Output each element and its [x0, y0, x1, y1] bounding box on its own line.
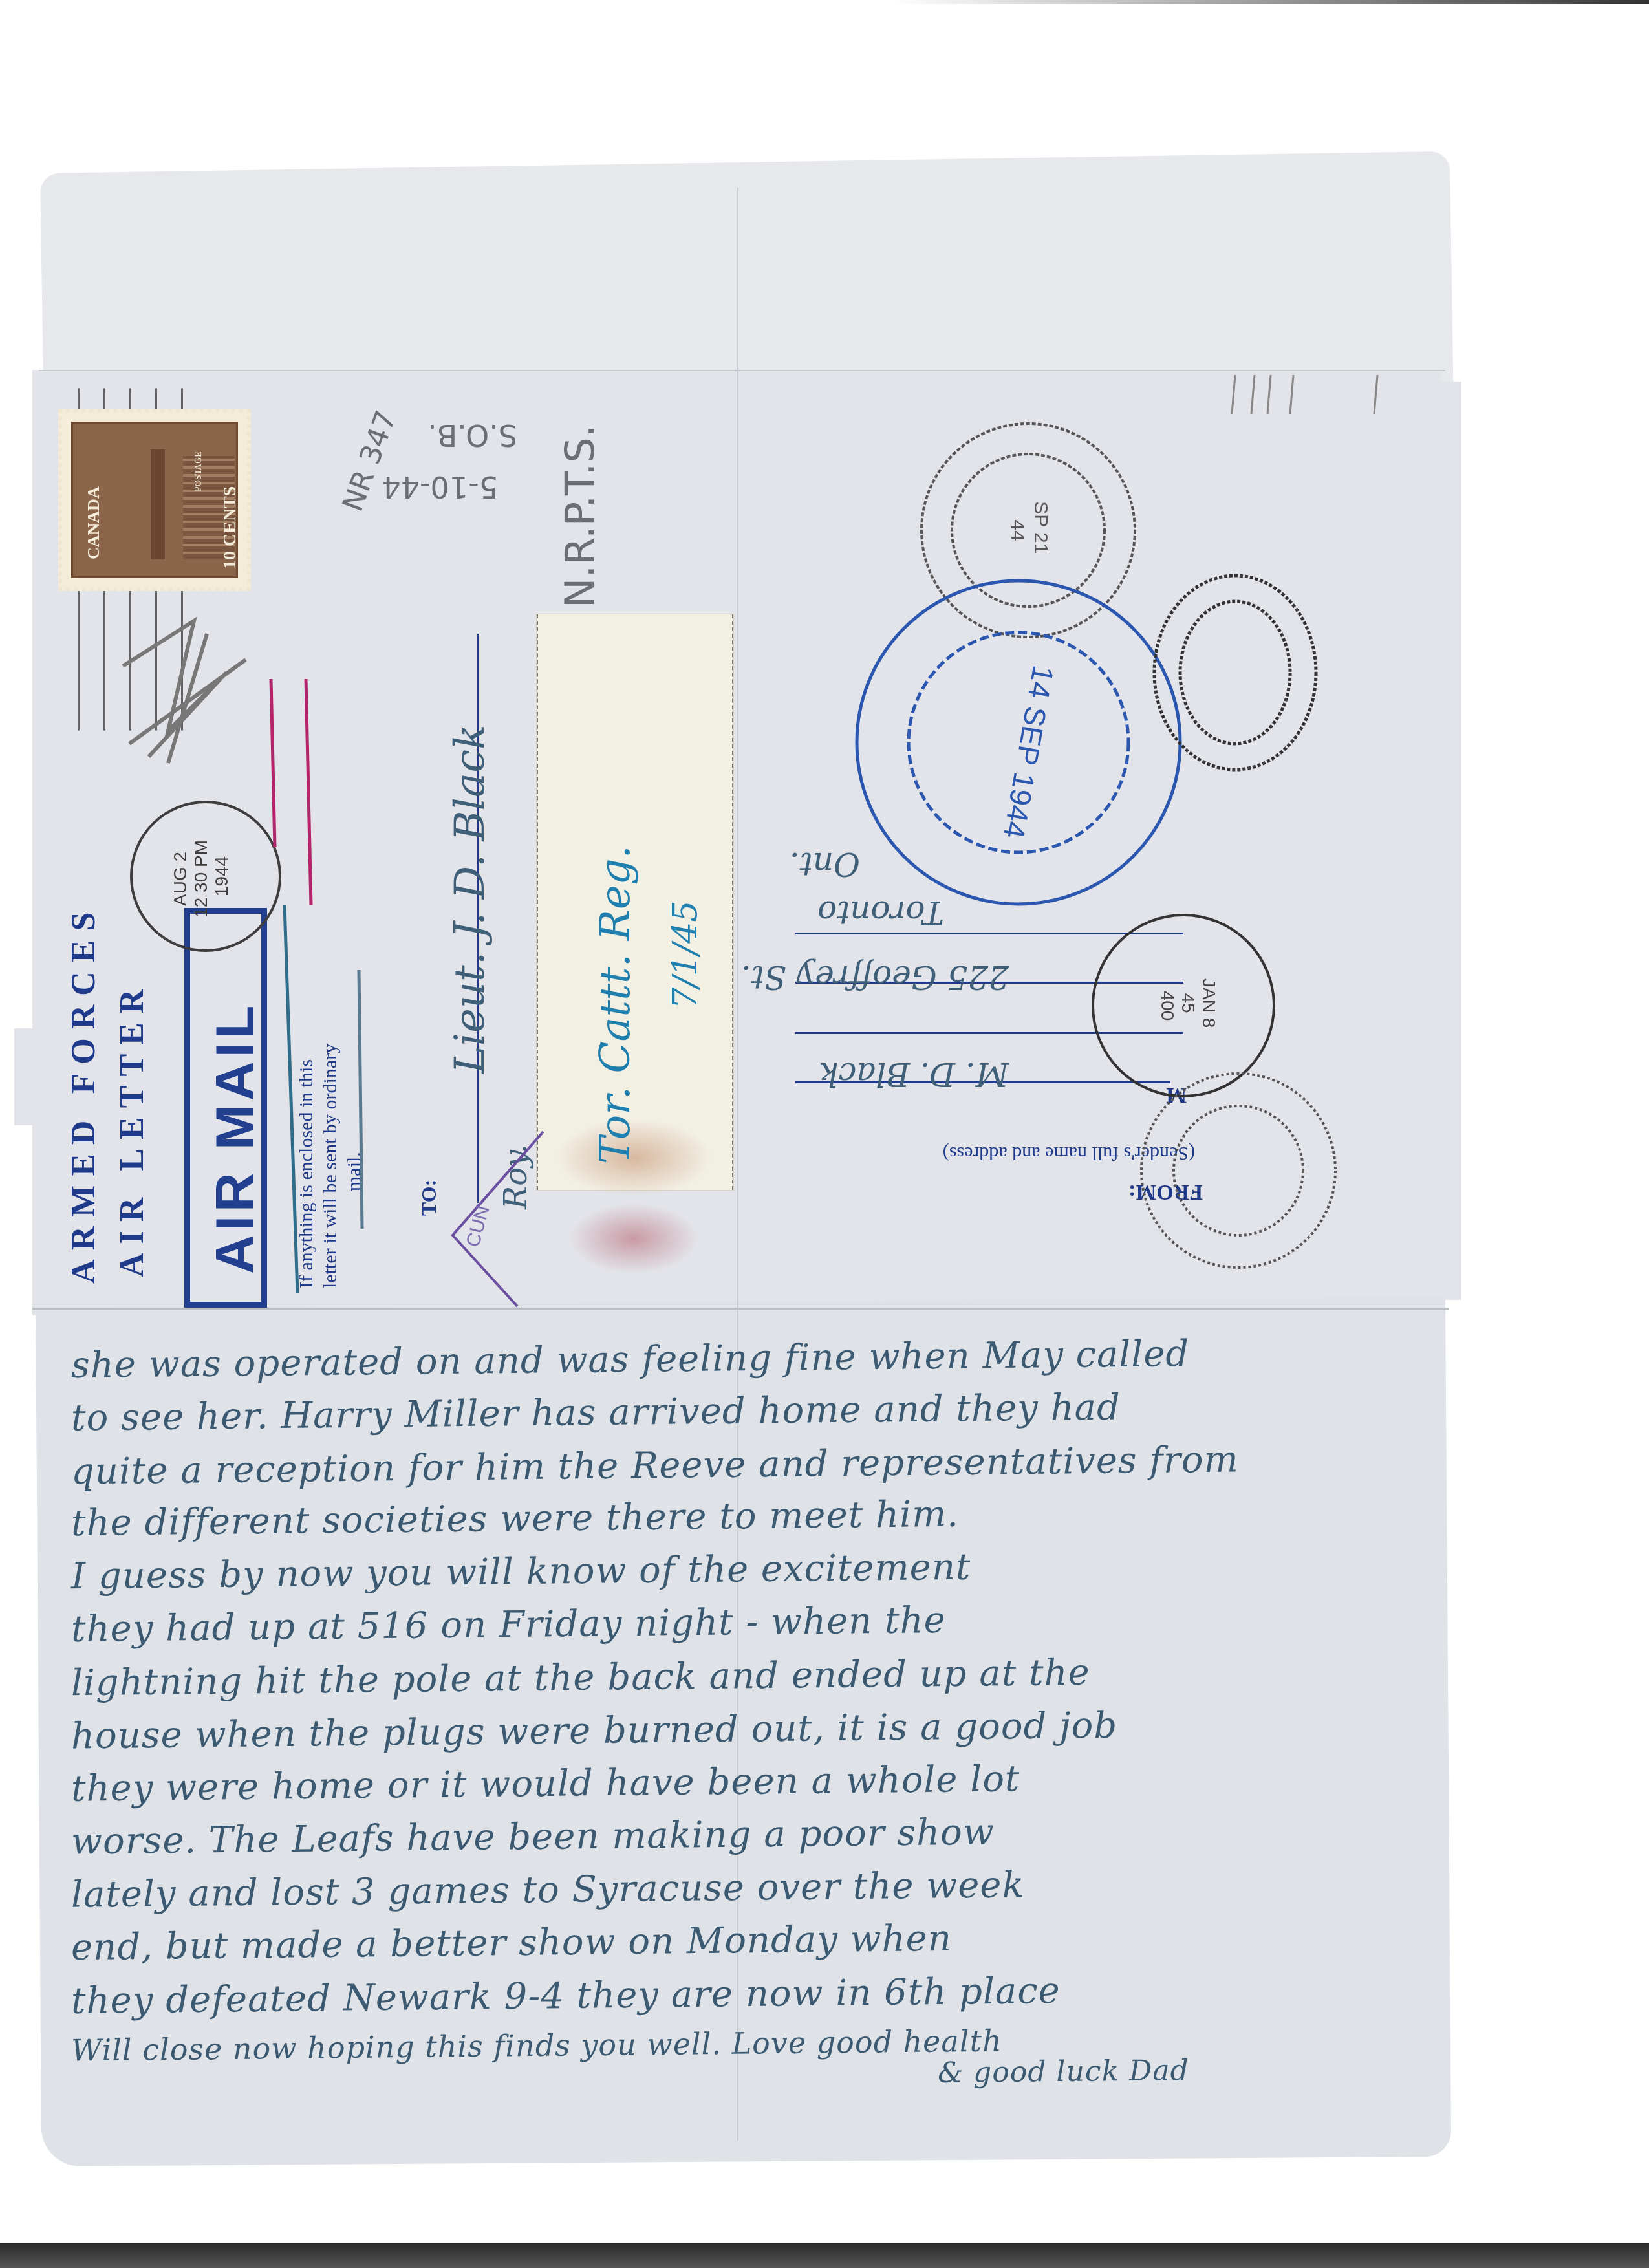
sender-province: Ont.	[790, 845, 860, 883]
sender-street: 225 Geoffrey St.	[741, 958, 1009, 996]
pencil-note-date: 5-10-44	[382, 470, 498, 504]
scan-edge-bottom	[0, 2243, 1649, 2268]
to-label: TO:	[417, 1180, 441, 1216]
form-title: ARMED FORCES	[65, 903, 103, 1284]
from-prefix: M	[1166, 1083, 1187, 1107]
pencil-note-sob: S.O.B.	[427, 418, 517, 453]
from-label: FROM:	[1128, 1180, 1203, 1204]
peace-tower-icon	[151, 449, 165, 559]
sender-city: Toronto	[817, 894, 944, 931]
left-tab	[14, 1028, 40, 1125]
pencil-note-nrpts: N.R.P.T.S.	[556, 425, 603, 608]
stamp-postage-label: POSTAGE	[194, 451, 204, 491]
recipient-name: Lieut. J. D. Black	[446, 724, 494, 1074]
redirect-slip-date: 7/1/45	[666, 901, 705, 1009]
from-line	[795, 933, 1183, 934]
recipient-line2: Roy.	[498, 1144, 534, 1209]
form-subtitle: AIR LETTER	[113, 980, 151, 1277]
stamp-value: 10 CENTS	[220, 486, 241, 569]
letter-line: & good luck Dad	[938, 2054, 1189, 2090]
right-flap	[1436, 382, 1461, 1300]
scan-edge-top	[892, 0, 1649, 4]
horizontal-fold	[32, 1308, 1449, 1310]
from-hint: (Sender's full name and address)	[943, 1142, 1195, 1164]
airmail-label: AIR MAIL	[204, 1002, 266, 1274]
redirect-slip-text: Tor. Cattt. Reg.	[592, 845, 640, 1164]
from-line	[795, 1032, 1183, 1034]
flap-fold	[39, 370, 1445, 371]
stamp-country: CANADA	[84, 486, 103, 559]
sender-name: M. D. Black	[819, 1055, 1009, 1093]
enclosure-notice: If anything is enclosed in this letter i…	[294, 1044, 366, 1288]
stain	[569, 1203, 698, 1274]
